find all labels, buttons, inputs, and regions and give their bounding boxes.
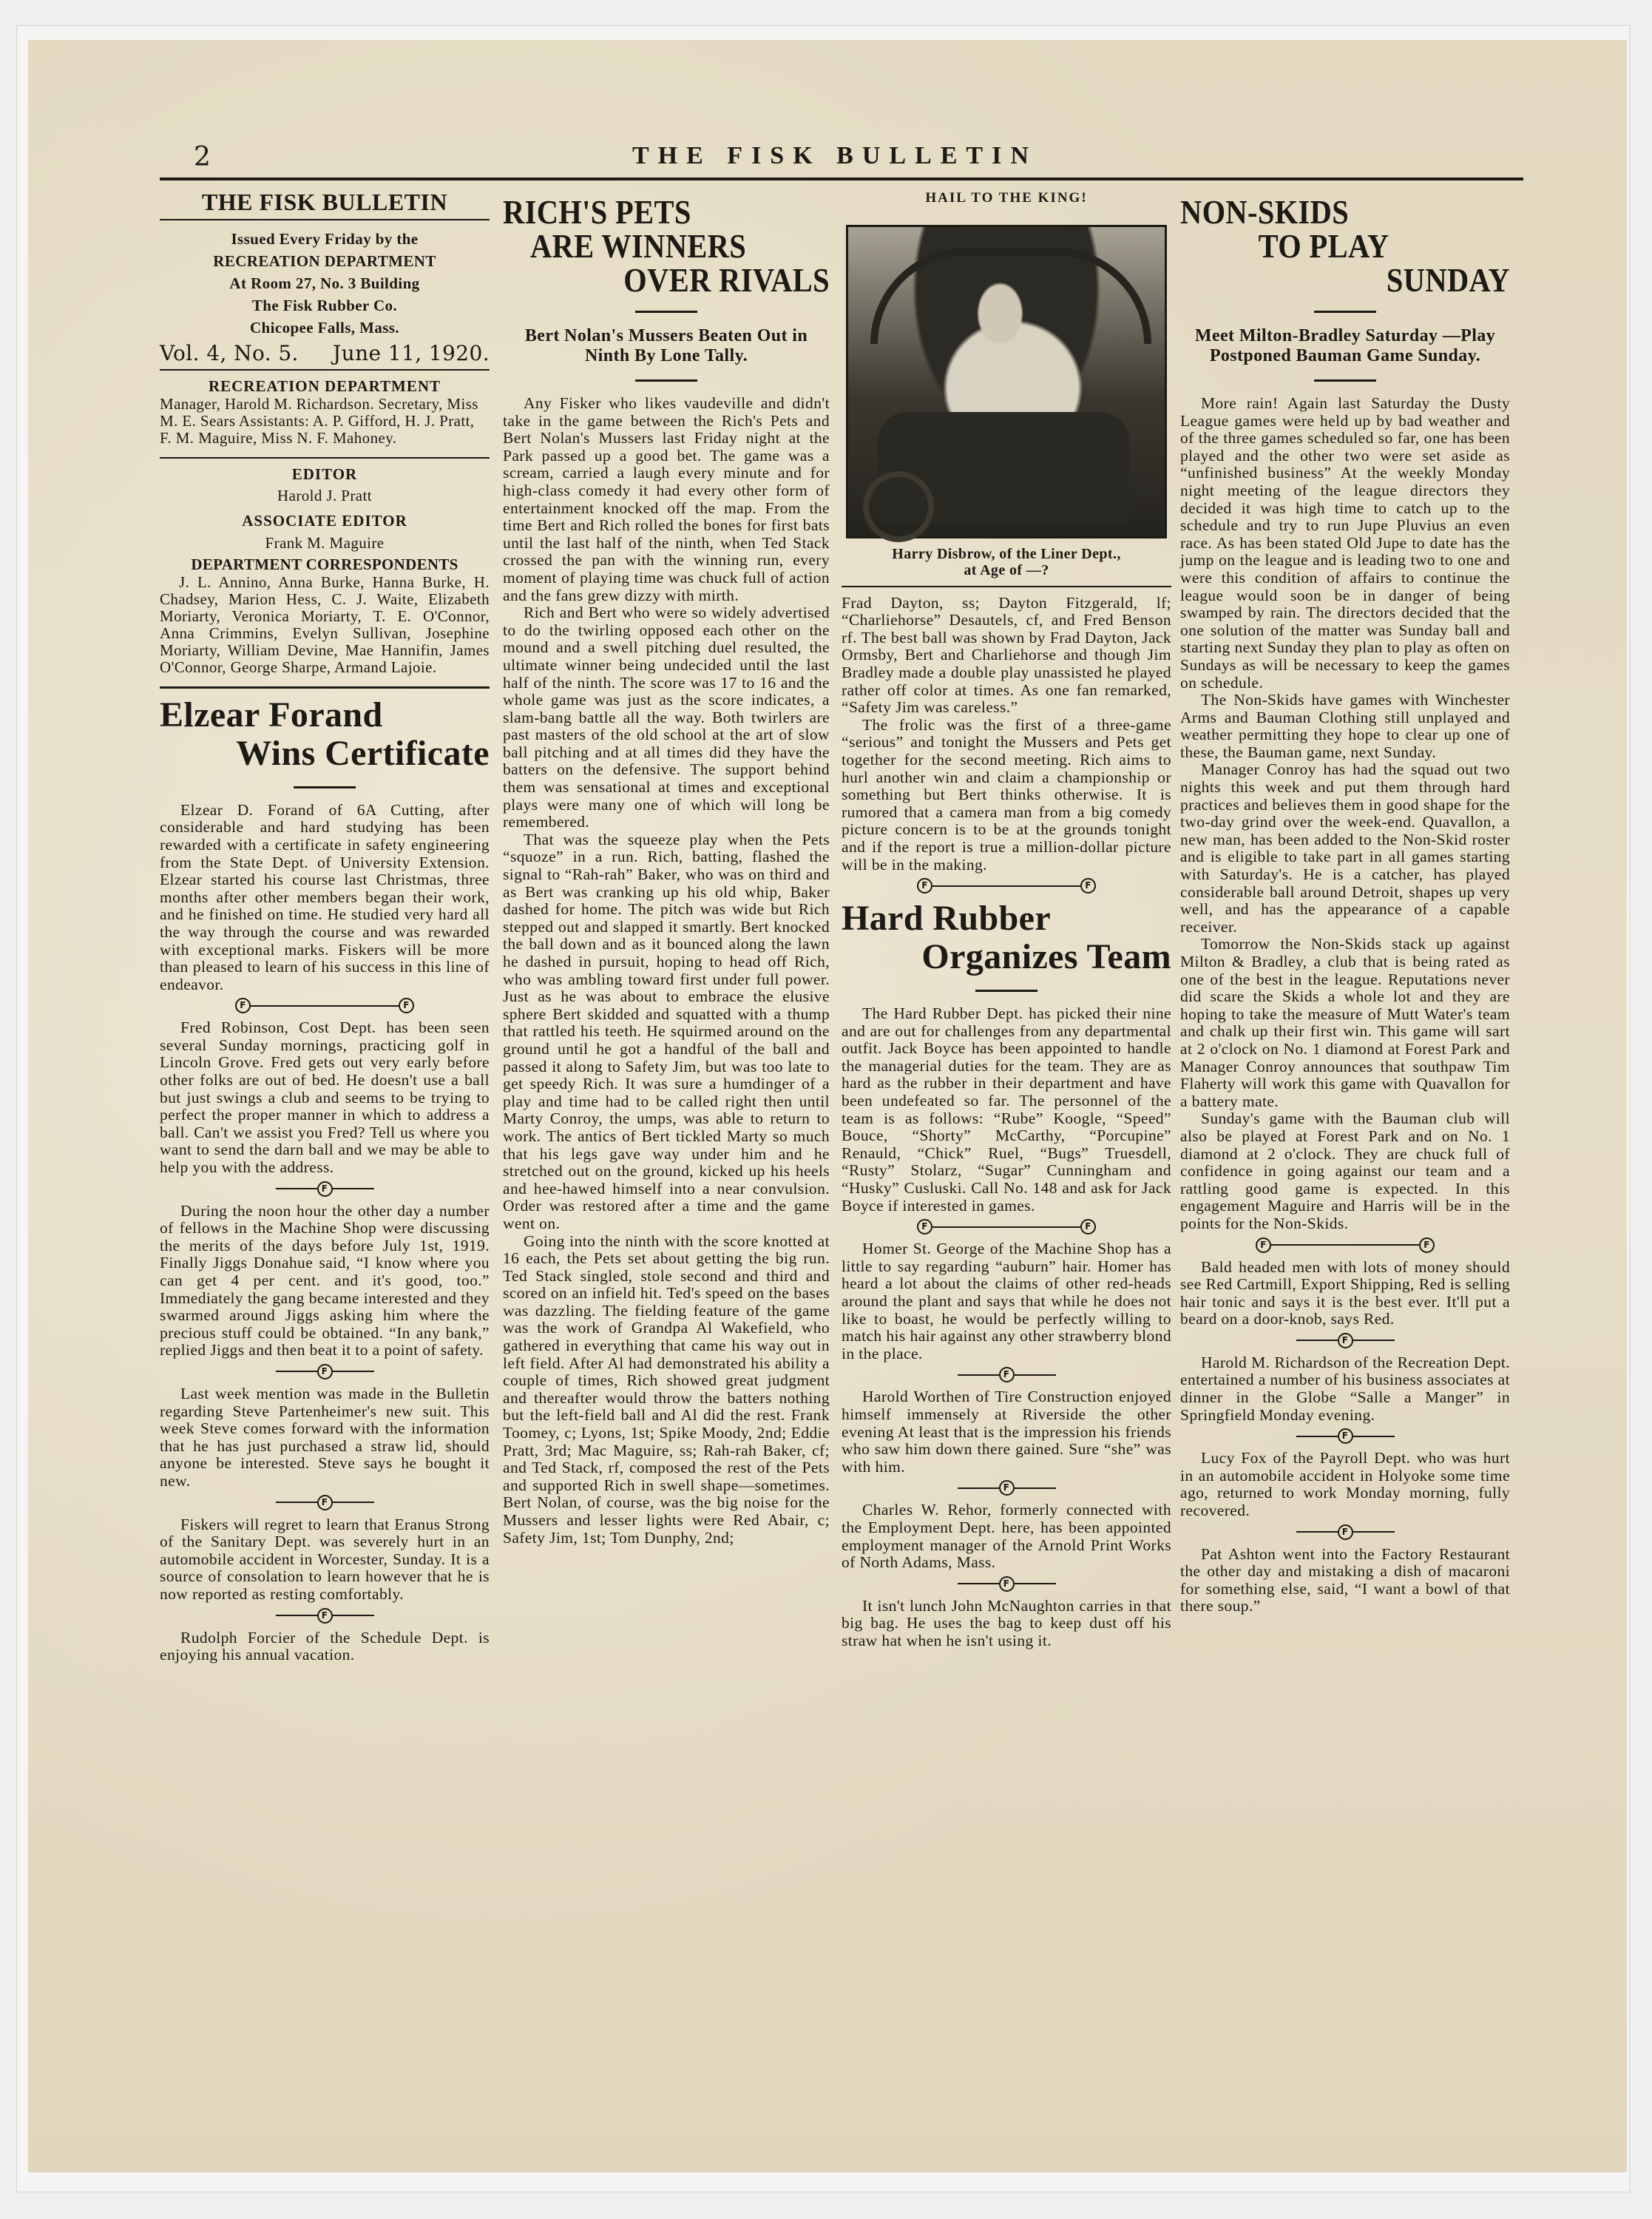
news-item: Fiskers will regret to learn that Eranus… bbox=[160, 1516, 490, 1604]
column-3: HAIL TO THE KING! Harry Disbrow, of the … bbox=[842, 186, 1171, 1650]
fisk-f-icon: F bbox=[317, 1181, 333, 1197]
baby-carriage-photo bbox=[846, 225, 1167, 538]
news-item: It isn't lunch John McNaughton carries i… bbox=[842, 1598, 1171, 1650]
headline-line: NON-SKIDS bbox=[1180, 195, 1470, 229]
fisk-f-icon: F bbox=[917, 878, 932, 894]
divider bbox=[160, 686, 490, 689]
news-item: Harold Worthen of Tire Construction enjo… bbox=[842, 1388, 1171, 1476]
column-1: THE FISK BULLETIN Issued Every Friday by… bbox=[160, 186, 490, 1664]
masthead-box-title: THE FISK BULLETIN bbox=[160, 194, 490, 212]
article-paragraph: Going into the ninth with the score knot… bbox=[503, 1233, 830, 1547]
news-item: Charles W. Rehor, formerly connected wit… bbox=[842, 1502, 1171, 1571]
separator: F bbox=[160, 1364, 490, 1379]
issued-line: Issued Every Friday by the bbox=[160, 228, 490, 250]
news-item: Harold M. Richardson of the Recreation D… bbox=[1180, 1354, 1510, 1424]
news-item: During the noon hour the other day a num… bbox=[160, 1203, 490, 1360]
news-item: Fred Robinson, Cost Dept. has been seen … bbox=[160, 1019, 490, 1176]
divider bbox=[160, 369, 490, 371]
separator: FF bbox=[160, 998, 490, 1013]
headline-line: Hard Rubber bbox=[842, 899, 1171, 938]
page-number: 2 bbox=[194, 142, 211, 172]
caption-line: Harry Disbrow, of the Liner Dept., bbox=[842, 546, 1171, 562]
staff-list: Manager, Harold M. Richardson. Secretary… bbox=[160, 396, 490, 447]
article-continuation: Frad Dayton, ss; Dayton Fitzgerald, lf; … bbox=[842, 595, 1171, 717]
article-paragraph: The Non-Skids have games with Winchester… bbox=[1180, 692, 1510, 761]
forand-headline: Elzear Forand Wins Certificate bbox=[160, 696, 490, 773]
news-item: Lucy Fox of the Payroll Dept. who was hu… bbox=[1180, 1450, 1510, 1519]
short-rule bbox=[975, 990, 1037, 992]
separator: F bbox=[160, 1608, 490, 1624]
separator: FF bbox=[1180, 1237, 1510, 1253]
headline-line: Wins Certificate bbox=[160, 734, 490, 773]
fisk-f-icon: F bbox=[999, 1480, 1015, 1496]
issue-date: June 11, 1920. bbox=[333, 345, 490, 362]
editor-label: EDITOR bbox=[160, 466, 490, 484]
news-item: Bald headed men with lots of money shoul… bbox=[1180, 1259, 1510, 1328]
fisk-f-icon: F bbox=[1080, 1219, 1096, 1235]
issued-line: RECREATION DEPARTMENT bbox=[160, 250, 490, 272]
short-rule bbox=[294, 786, 356, 788]
headline-line: SUNDAY bbox=[1220, 263, 1510, 297]
hard-rubber-body: The Hard Rubber Dept. has picked their n… bbox=[842, 1005, 1171, 1215]
article-paragraph: Rich and Bert who were so widely adverti… bbox=[503, 604, 830, 831]
richs-pets-subhead: Bert Nolan's Mussers Beaten Out in Ninth… bbox=[503, 326, 830, 366]
fisk-f-icon: F bbox=[1338, 1428, 1353, 1444]
forand-body: Elzear D. Forand of 6A Cutting, after co… bbox=[160, 802, 490, 994]
separator: F bbox=[842, 1367, 1171, 1382]
hard-rubber-headline: Hard Rubber Organizes Team bbox=[842, 899, 1171, 976]
news-item: Rudolph Forcier of the Schedule Dept. is… bbox=[160, 1629, 490, 1664]
news-item: Homer St. George of the Machine Shop has… bbox=[842, 1240, 1171, 1362]
separator: FF bbox=[842, 1219, 1171, 1235]
column-2: RICH'S PETS ARE WINNERS OVER RIVALS Bert… bbox=[503, 186, 830, 1547]
photo-title: HAIL TO THE KING! bbox=[842, 189, 1171, 207]
headline-line: OVER RIVALS bbox=[542, 263, 830, 297]
publisher-info: Issued Every Friday by the RECREATION DE… bbox=[160, 228, 490, 339]
associate-editor-label: ASSOCIATE EDITOR bbox=[160, 513, 490, 530]
separator: F bbox=[1180, 1428, 1510, 1444]
correspondents-list: J. L. Annino, Anna Burke, Hanna Burke, H… bbox=[160, 574, 490, 676]
richs-pets-headline: RICH'S PETS ARE WINNERS OVER RIVALS bbox=[503, 195, 830, 297]
masthead-rule bbox=[160, 178, 1523, 180]
separator: FF bbox=[842, 878, 1171, 894]
volume-line: Vol. 4, No. 5. June 11, 1920. bbox=[160, 345, 490, 362]
separator: F bbox=[1180, 1524, 1510, 1540]
fisk-f-icon: F bbox=[1256, 1237, 1271, 1253]
non-skids-subhead: Meet Milton-Bradley Saturday —Play Postp… bbox=[1180, 326, 1510, 366]
headline-line: RICH'S PETS bbox=[503, 195, 791, 229]
fisk-f-icon: F bbox=[1419, 1237, 1435, 1253]
issued-line: The Fisk Rubber Co. bbox=[160, 294, 490, 317]
headline-line: ARE WINNERS bbox=[503, 229, 791, 263]
fisk-f-icon: F bbox=[317, 1608, 333, 1624]
fisk-f-icon: F bbox=[917, 1219, 932, 1235]
fisk-f-icon: F bbox=[317, 1495, 333, 1510]
recreation-staff: Manager, Harold M. Richardson. Secretary… bbox=[160, 396, 490, 447]
separator: F bbox=[1180, 1333, 1510, 1348]
fisk-f-icon: F bbox=[399, 998, 414, 1013]
headline-line: Organizes Team bbox=[842, 938, 1171, 976]
fisk-f-icon: F bbox=[1338, 1333, 1353, 1348]
article-paragraph: That was the squeeze play when the Pets … bbox=[503, 831, 830, 1233]
article-paragraph: Any Fisker who likes vaudeville and didn… bbox=[503, 395, 830, 604]
fisk-f-icon: F bbox=[1080, 878, 1096, 894]
carriage-hood bbox=[870, 248, 1151, 344]
carriage-wheel bbox=[863, 471, 934, 542]
article-continuation: The frolic was the first of a three-game… bbox=[842, 717, 1171, 874]
volume-number: Vol. 4, No. 5. bbox=[160, 345, 299, 362]
separator: F bbox=[842, 1576, 1171, 1592]
fisk-f-icon: F bbox=[1338, 1524, 1353, 1540]
news-item: Last week mention was made in the Bullet… bbox=[160, 1385, 490, 1490]
headline-line: TO PLAY bbox=[1180, 229, 1470, 263]
article-paragraph: Sunday's game with the Bauman club will … bbox=[1180, 1110, 1510, 1232]
article-paragraph: Tomorrow the Non-Skids stack up against … bbox=[1180, 936, 1510, 1110]
separator: F bbox=[160, 1495, 490, 1510]
divider bbox=[160, 219, 490, 220]
short-rule bbox=[1314, 311, 1376, 313]
divider bbox=[160, 457, 490, 459]
issued-line: Chicopee Falls, Mass. bbox=[160, 317, 490, 339]
column-4: NON-SKIDS TO PLAY SUNDAY Meet Milton-Bra… bbox=[1180, 186, 1510, 1615]
news-item: Pat Ashton went into the Factory Restaur… bbox=[1180, 1546, 1510, 1615]
correspondents-label: DEPARTMENT CORRESPONDENTS bbox=[160, 556, 490, 574]
separator: F bbox=[842, 1480, 1171, 1496]
fisk-f-icon: F bbox=[317, 1364, 333, 1379]
short-rule bbox=[635, 311, 697, 313]
separator: F bbox=[160, 1181, 490, 1197]
short-rule bbox=[635, 379, 697, 382]
fisk-f-icon: F bbox=[999, 1367, 1015, 1382]
editor-name: Harold J. Pratt bbox=[160, 487, 490, 505]
non-skids-headline: NON-SKIDS TO PLAY SUNDAY bbox=[1180, 195, 1510, 297]
associate-editor-name: Frank M. Maguire bbox=[160, 535, 490, 553]
photo-caption: Harry Disbrow, of the Liner Dept., at Ag… bbox=[842, 546, 1171, 578]
issued-line: At Room 27, No. 3 Building bbox=[160, 272, 490, 294]
fisk-f-icon: F bbox=[235, 998, 251, 1013]
article-paragraph: More rain! Again last Saturday the Dusty… bbox=[1180, 395, 1510, 692]
fisk-f-icon: F bbox=[999, 1576, 1015, 1592]
article-paragraph: Manager Conroy has had the squad out two… bbox=[1180, 761, 1510, 936]
correspondents-text: J. L. Annino, Anna Burke, Hanna Burke, H… bbox=[160, 574, 490, 676]
running-masthead: THE FISK BULLETIN bbox=[632, 142, 1037, 170]
short-rule bbox=[1314, 379, 1376, 382]
recreation-dept-label: RECREATION DEPARTMENT bbox=[160, 378, 490, 396]
headline-line: Elzear Forand bbox=[160, 696, 490, 734]
caption-line: at Age of —? bbox=[842, 562, 1171, 578]
divider bbox=[842, 586, 1171, 587]
